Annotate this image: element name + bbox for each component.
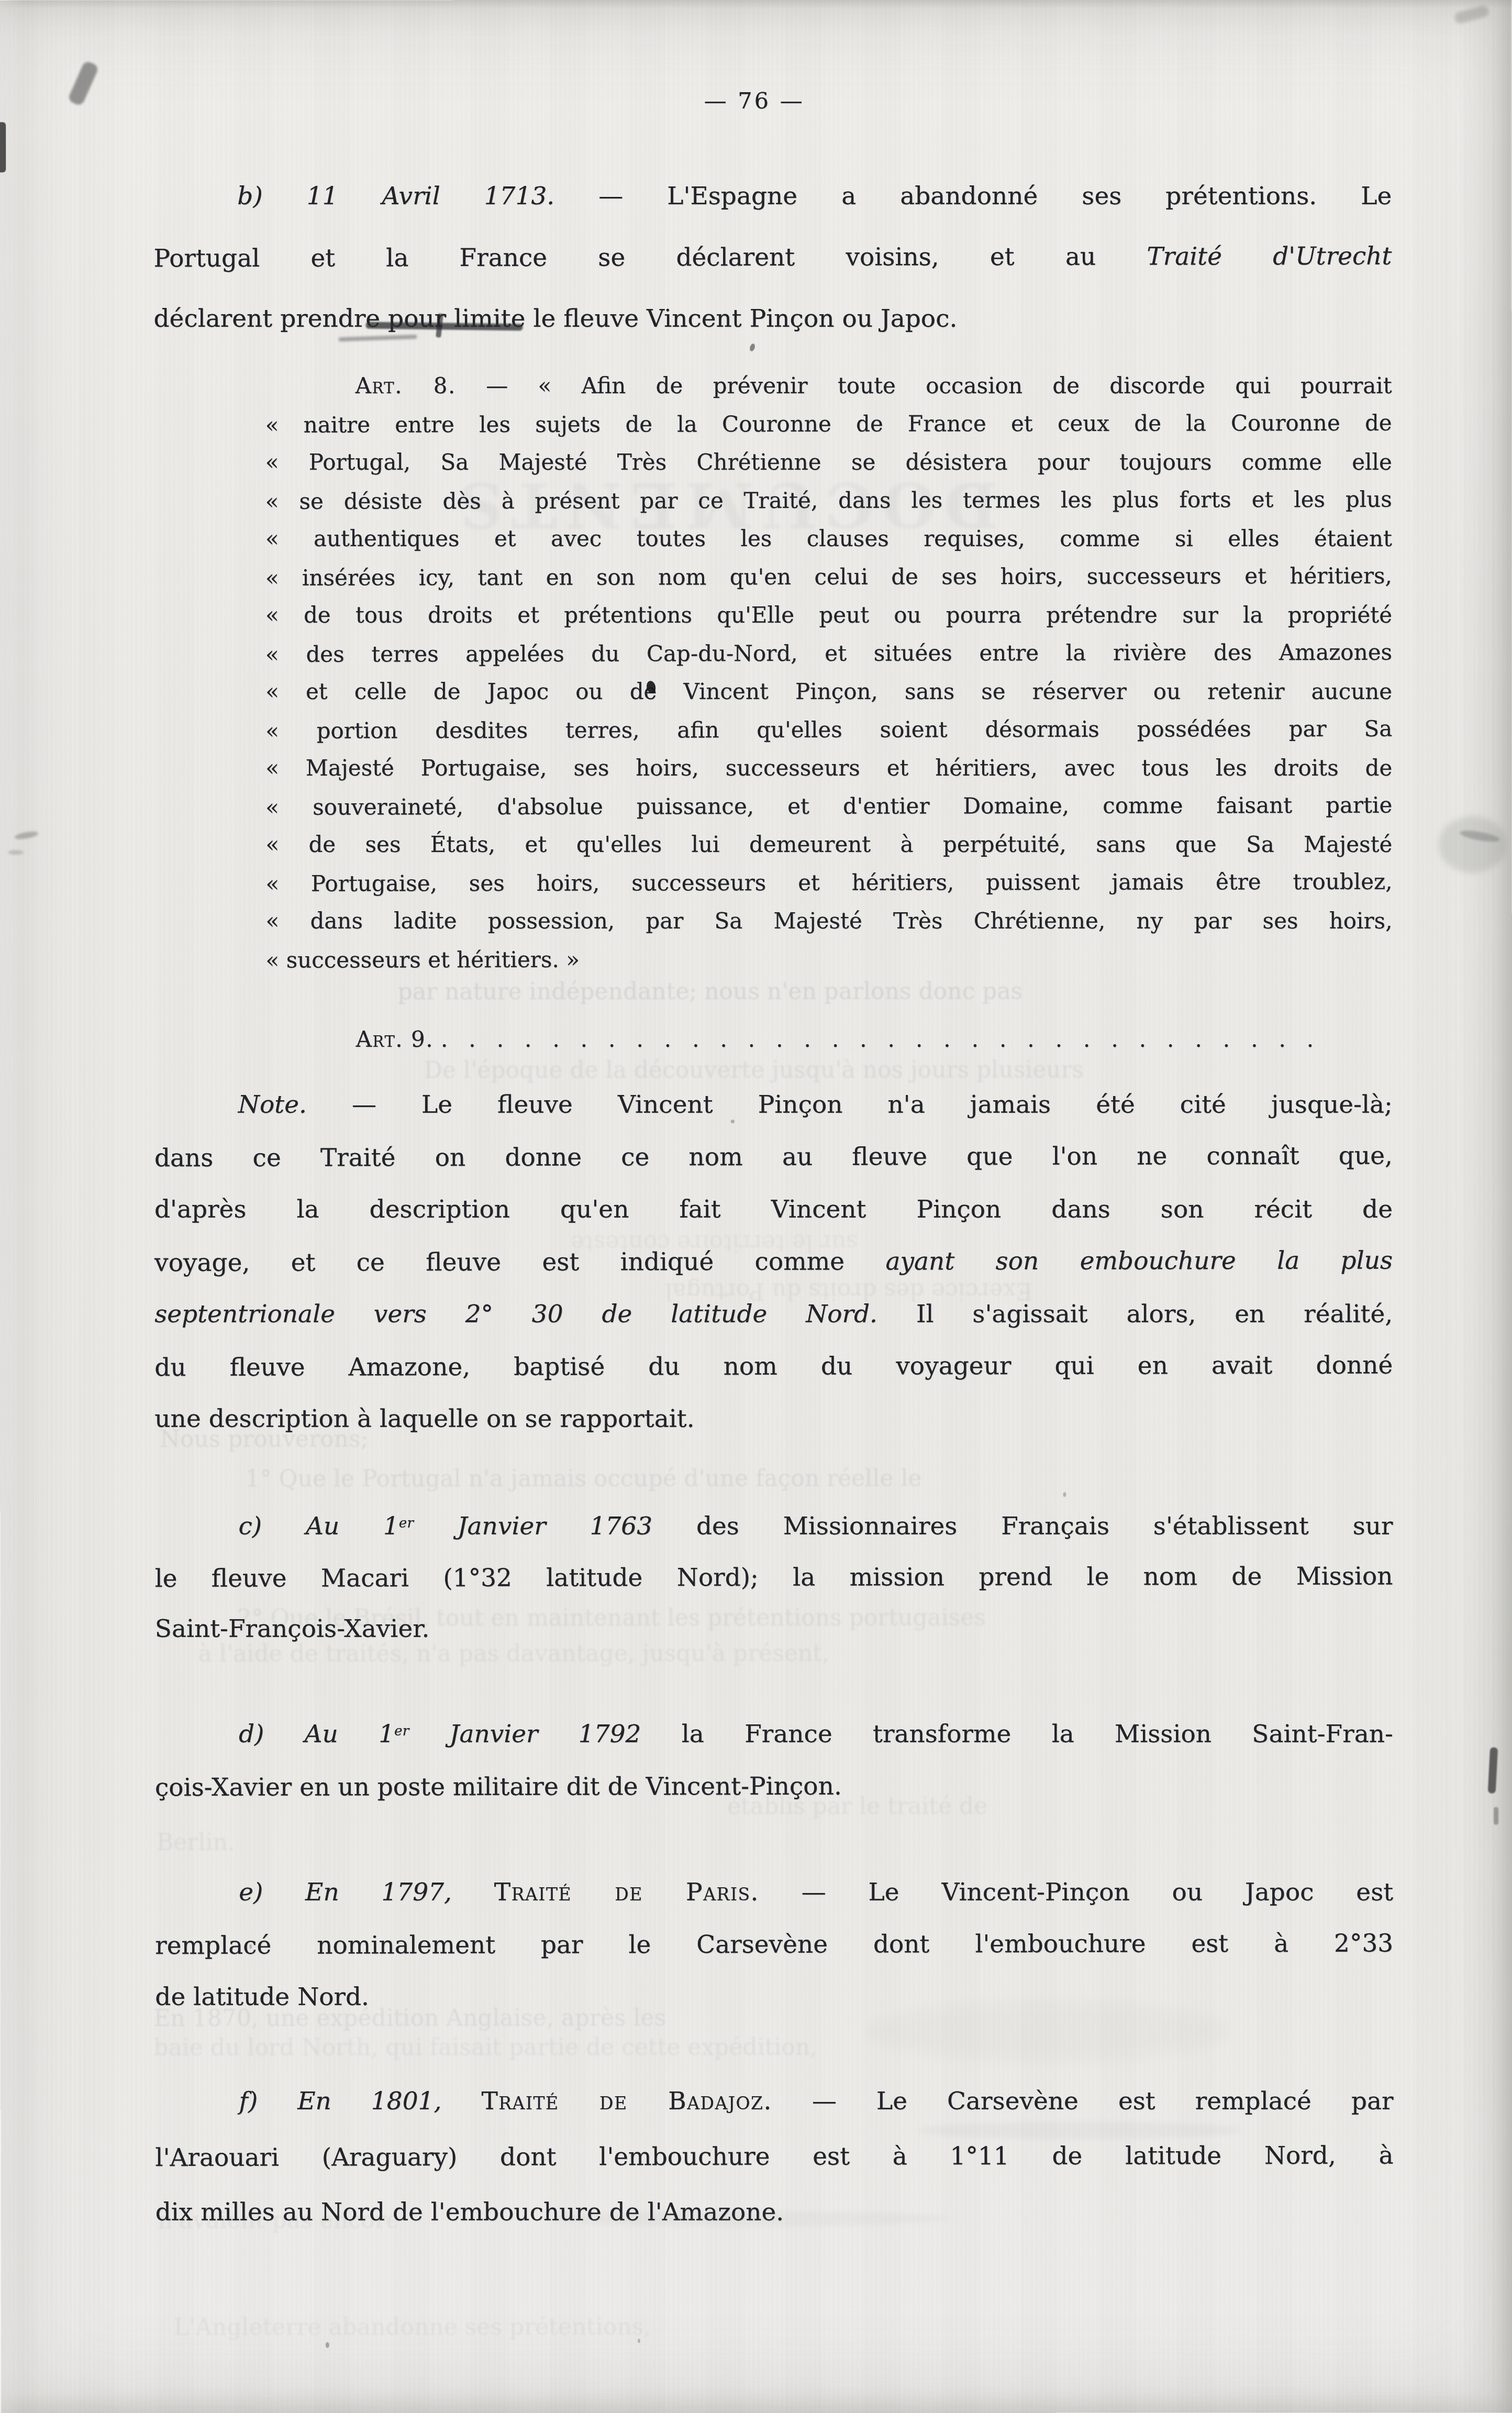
article-8-quotation: Art. 8. — « Afin de prévenir toute occas… — [265, 366, 1393, 979]
article-8-quotation-line: « authentiques et avec toutes les clause… — [265, 519, 1392, 558]
dust-speck — [249, 1944, 252, 1949]
note-paragraph: Note. — Le fleuve Vincent Pinçon n'a jam… — [154, 1078, 1393, 1446]
article-8-quotation-line: « de ses États, et qu'elles lui demeuren… — [265, 825, 1392, 864]
bleedthrough-text: par nature indépendante; nous n'en parlo… — [398, 978, 1023, 1005]
paragraph-b-avril-1713-line: Portugal et la France se déclarent voisi… — [153, 226, 1392, 290]
page-number: — 76 — — [135, 87, 1373, 115]
bleedthrough-text: L'Angleterre abandonne ses prétentions, — [174, 2314, 651, 2341]
article-8-quotation-line: « Portugal, Sa Majesté Très Chrétienne s… — [265, 443, 1392, 481]
paragraph-d-janvier-1792: d) Au 1er Janvier 1792 la France transfo… — [155, 1704, 1393, 1813]
paragraph-c-janvier-1763: c) Au 1er Janvier 1763 des Missionnaires… — [154, 1497, 1393, 1655]
article-9-ellipsis-line: Art. 9................................. — [266, 1020, 1393, 1058]
note-paragraph-line: Note. — Le fleuve Vincent Pinçon n'a jam… — [154, 1079, 1393, 1131]
article-8-quotation-line: Art. 8. — « Afin de prévenir toute occas… — [265, 367, 1392, 405]
page: DOCUMENTS par nature indépendante; nous … — [0, 0, 1512, 2413]
article-8-quotation-line: « de tous droits et prétentions qu'Elle … — [265, 596, 1392, 634]
scan-smudge — [8, 850, 24, 855]
article-8-quotation-line: « se désiste dès à présent par ce Traité… — [265, 480, 1392, 521]
scan-smudge — [1438, 816, 1506, 873]
article-8-quotation-line: « insérées icy, tant en son nom qu'en ce… — [265, 557, 1392, 597]
bleedthrough-text: 1° Que le Portugal n'a jamais occupé d'u… — [245, 1465, 921, 1492]
bleedthrough-text: baie du lord North, qui faisait partie d… — [153, 2034, 817, 2061]
edge-ink-mark — [1488, 1747, 1498, 1794]
dust-speck — [326, 2342, 329, 2348]
edge-ink-mark — [1494, 1807, 1498, 1825]
article-8-quotation-line: « Majesté Portugaise, ses hoirs, success… — [265, 749, 1392, 787]
dust-speck — [731, 1120, 735, 1123]
paragraph-b-avril-1713-line: b) 11 Avril 1713. — L'Espagne a abandonn… — [153, 165, 1392, 227]
article-8-quotation-line: « Portugaise, ses hoirs, successeurs et … — [265, 862, 1392, 903]
note-paragraph-line: du fleuve Amazone, baptisé du nom du voy… — [154, 1340, 1393, 1394]
scan-smudge — [864, 2000, 1231, 2063]
page-number-line: — 76 — — [135, 88, 1373, 114]
article-8-quotation-line: « souveraineté, d'absolue puissance, et … — [265, 786, 1392, 826]
bleedthrough-text: Berlin. — [157, 1829, 235, 1856]
corner-smudge — [1453, 5, 1489, 25]
article-9-ellipsis: Art. 9................................. — [266, 1020, 1393, 1059]
note-paragraph-line: d'après la description qu'en fait Vincen… — [154, 1183, 1393, 1236]
scanned-book-page: { "meta": { "language": "fr", "kind": "s… — [0, 0, 1512, 2413]
paragraph-f-traite-de-badajoz-1801-line: l'Araouari (Araguary) dont l'embouchure … — [155, 2128, 1393, 2186]
note-paragraph-line: une description à laquelle on se rapport… — [154, 1393, 1393, 1445]
corner-smudge — [67, 60, 99, 107]
article-8-quotation-line: « successeurs et héritiers. » — [266, 939, 1393, 979]
note-paragraph-line: septentrionale vers 2° 30 de latitude No… — [154, 1288, 1393, 1341]
paragraph-e-traite-de-paris: e) En 1797, Traité de Paris. — Le Vincen… — [155, 1866, 1393, 2024]
note-paragraph-line: dans ce Traité on donne ce nom au fleuve… — [154, 1130, 1393, 1185]
article-8-quotation-line: « naitre entre les sujets de la Couronne… — [265, 404, 1392, 444]
paragraph-d-janvier-1792-line: çois-Xavier en un poste militaire dit de… — [155, 1759, 1393, 1814]
paragraph-e-traite-de-paris-1797-line: remplacé nominalement par le Carsevène d… — [155, 1918, 1393, 1973]
paragraph-f-traite-de-badajoz-1801-line: f) En 1801, Traité de Badajoz. — Le Cars… — [155, 2074, 1393, 2129]
edge-ink-mark — [0, 122, 6, 172]
article-8-quotation-line: « dans ladite possession, par Sa Majesté… — [266, 902, 1393, 940]
paragraph-c-janvier-1763-line: le fleuve Macari (1°32 latitude Nord); l… — [155, 1551, 1393, 1605]
scan-smudge — [14, 830, 39, 840]
paragraph-e-traite-de-paris-1797-line: e) En 1797, Traité de Paris. — Le Vincen… — [155, 1866, 1393, 1919]
paragraph-c-janvier-1763-line: Saint-François-Xavier. — [155, 1603, 1393, 1655]
article-8-quotation-line: « des terres appelées du Cap-du-Nord, et… — [265, 633, 1392, 673]
dust-speck — [638, 2339, 640, 2343]
paragraph-c-janvier-1763-line: c) Au 1er Janvier 1763 des Missionnaires… — [155, 1498, 1393, 1552]
article-8-quotation-line: « et celle de Japoc ou de Vincent Pinçon… — [265, 672, 1392, 711]
dust-speck — [1063, 1492, 1066, 1497]
article-8-quotation-line: « portion desdites terres, afin qu'elles… — [265, 710, 1392, 750]
note-paragraph-line: voyage, et ce fleuve est indiqué comme a… — [154, 1235, 1393, 1290]
paragraph-d-janvier-1792-line: d) Au 1er Janvier 1792 la France transfo… — [155, 1705, 1393, 1761]
paragraph-b-avril-1713: b) 11 Avril 1713. — L'Espagne a abandonn… — [153, 165, 1392, 350]
